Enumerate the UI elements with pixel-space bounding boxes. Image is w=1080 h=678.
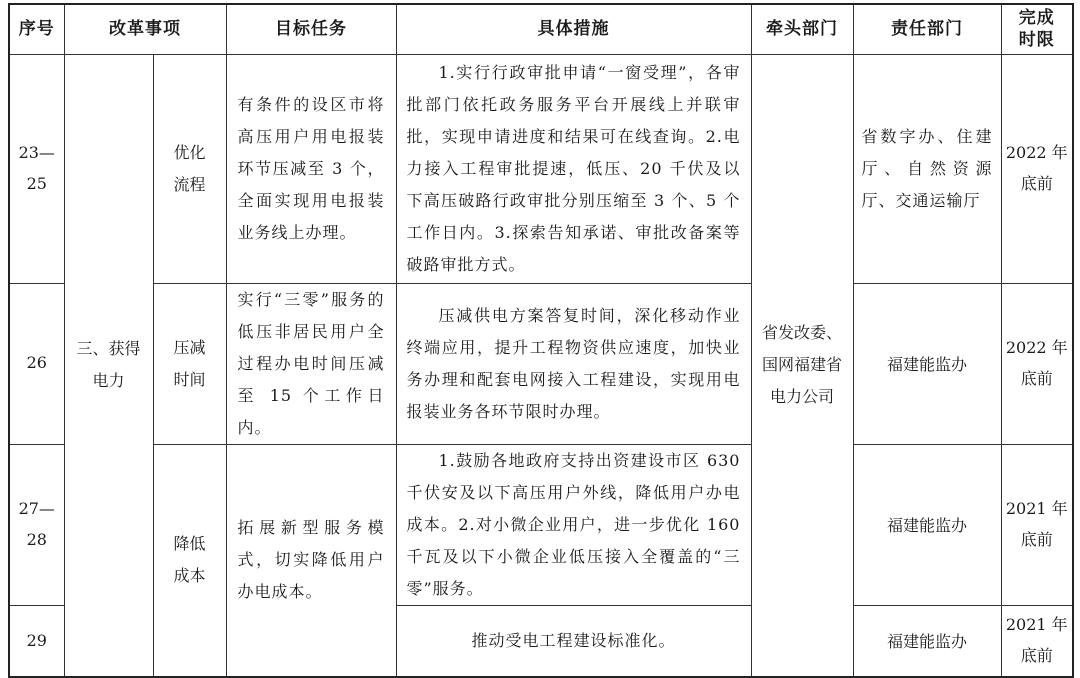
cell-resp-dept-23-25: 省数字办、住建厅、自然资源厅、交通运输厅 (853, 54, 1001, 283)
cell-target-26: 实行“三零”服务的低压非居民用户全过程办电时间压减至 15 个工作日内。 (226, 283, 396, 444)
header-row: 序号 改革事项 目标任务 具体措施 牵头部门 责任部门 完成 时限 (9, 4, 1073, 54)
cell-serial-29: 29 (9, 605, 64, 677)
cell-target-27-28: 拓展新型服务模式，切实降低用户办电成本。 (226, 444, 396, 677)
header-lead-dept: 牵头部门 (751, 4, 853, 54)
cell-subitem-optimize-process: 优化 流程 (153, 54, 226, 283)
cell-reform-group: 三、获得 电力 (64, 54, 153, 677)
cell-serial-23-25: 23— 25 (9, 54, 64, 283)
header-reform-item: 改革事项 (64, 4, 226, 54)
cell-measures-26: 压减供电方案答复时间，深化移动作业终端应用，提升工程物资供应速度，加快业务办理和… (396, 283, 751, 444)
header-target-task: 目标任务 (226, 4, 396, 54)
header-serial: 序号 (9, 4, 64, 54)
cell-resp-dept-26: 福建能监办 (853, 283, 1001, 444)
cell-deadline-29: 2021 年 底前 (1001, 605, 1073, 677)
cell-resp-dept-27-28: 福建能监办 (853, 444, 1001, 605)
table-row-27-28: 27— 28 降低 成本 拓展新型服务模式，切实降低用户办电成本。 1.鼓励各地… (9, 444, 1073, 605)
reform-table: 序号 改革事项 目标任务 具体措施 牵头部门 责任部门 完成 时限 23— 25… (8, 3, 1074, 678)
header-resp-dept: 责任部门 (853, 4, 1001, 54)
cell-subitem-compress-time: 压减 时间 (153, 283, 226, 444)
cell-serial-27-28: 27— 28 (9, 444, 64, 605)
cell-deadline-27-28: 2021 年 底前 (1001, 444, 1073, 605)
document-page: 序号 改革事项 目标任务 具体措施 牵头部门 责任部门 完成 时限 23— 25… (0, 0, 1080, 678)
cell-lead-dept: 省发改委、 国网福建省 电力公司 (751, 54, 853, 677)
table-row-26: 26 压减 时间 实行“三零”服务的低压非居民用户全过程办电时间压减至 15 个… (9, 283, 1073, 444)
cell-measures-27-28: 1.鼓励各地政府支持出资建设市区 630 千伏安及以下高压用户外线，降低用户办电… (396, 444, 751, 605)
cell-measures-23-25: 1.实行行政审批申请“一窗受理”，各审批部门依托政务服务平台开展线上并联审批，实… (396, 54, 751, 283)
cell-serial-26: 26 (9, 283, 64, 444)
cell-subitem-reduce-cost: 降低 成本 (153, 444, 226, 677)
header-measures: 具体措施 (396, 4, 751, 54)
cell-measures-29: 推动受电工程建设标准化。 (396, 605, 751, 677)
table-row-23-25: 23— 25 三、获得 电力 优化 流程 有条件的设区市将高压用户用电报装环节压… (9, 54, 1073, 283)
cell-resp-dept-29: 福建能监办 (853, 605, 1001, 677)
cell-target-23-25: 有条件的设区市将高压用户用电报装环节压减至 3 个，全面实现用电报装业务线上办理… (226, 54, 396, 283)
cell-deadline-23-25: 2022 年 底前 (1001, 54, 1073, 283)
cell-deadline-26: 2022 年 底前 (1001, 283, 1073, 444)
header-deadline: 完成 时限 (1001, 4, 1073, 54)
